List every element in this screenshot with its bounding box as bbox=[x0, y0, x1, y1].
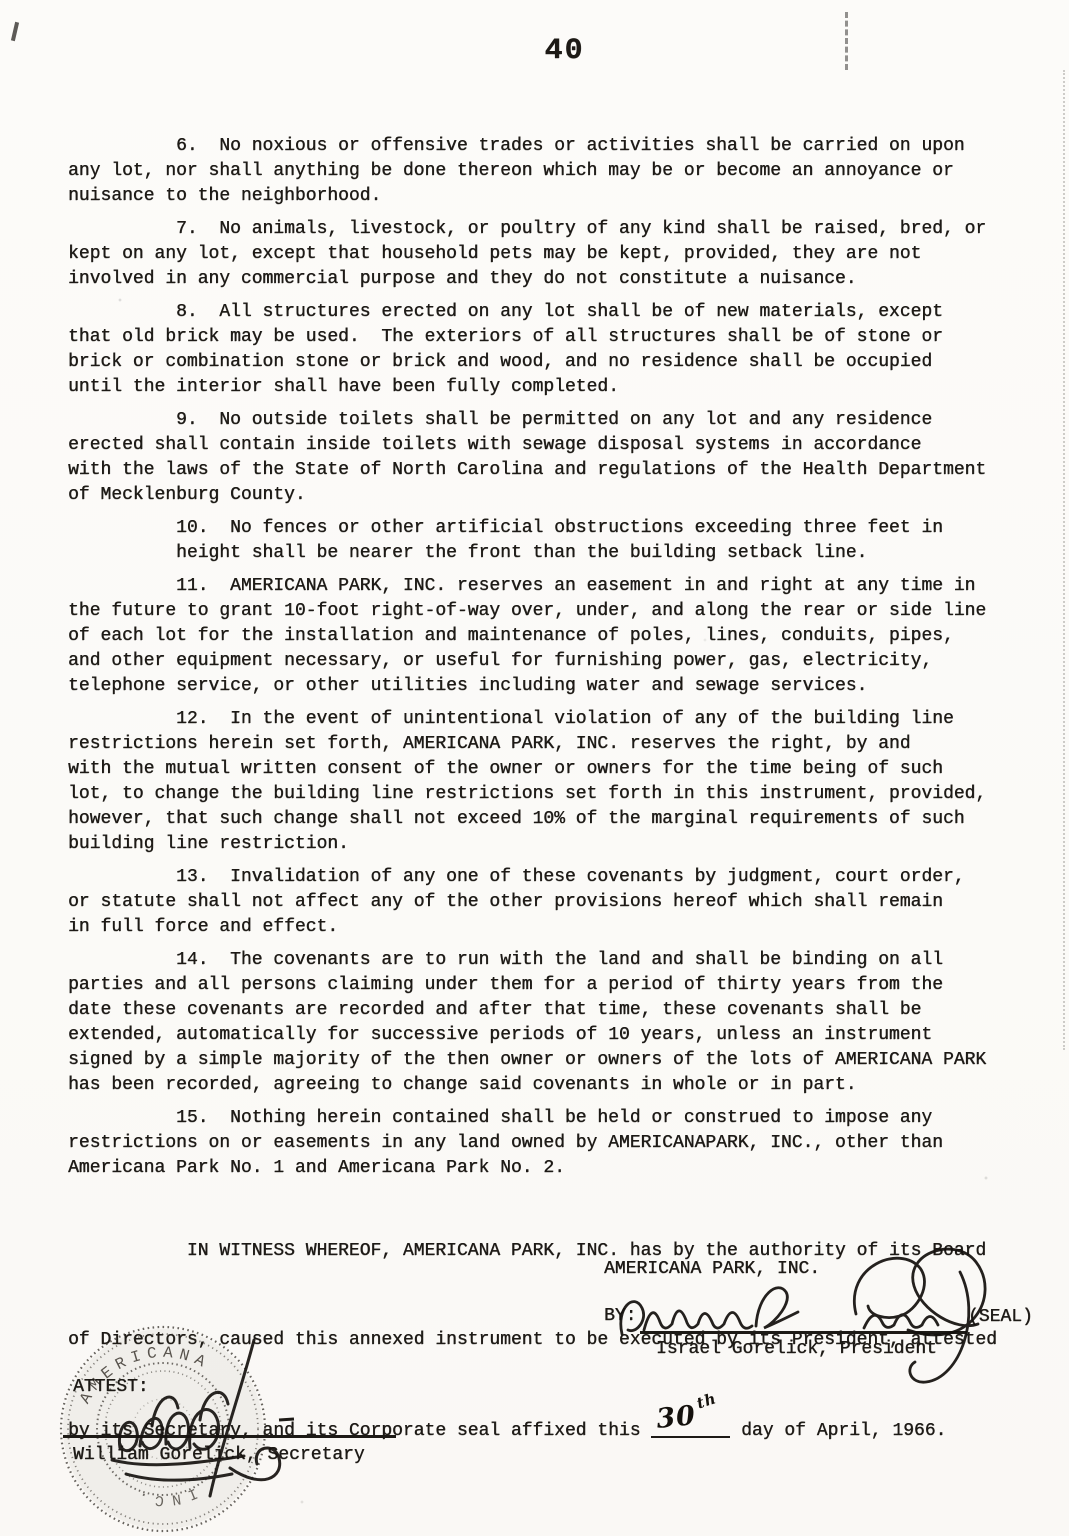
covenant-paragraph: 14. The covenants are to run with the la… bbox=[68, 948, 997, 1098]
president-signature bbox=[608, 1238, 1008, 1388]
page-number: 40 bbox=[0, 34, 1069, 68]
scan-artifact bbox=[1063, 70, 1065, 1050]
covenant-paragraph: 7. No animals, livestock, or poultry of … bbox=[68, 217, 997, 292]
covenant-paragraphs: 6. No noxious or offensive trades or act… bbox=[68, 134, 997, 1181]
handwritten-day-suffix: th bbox=[693, 1386, 720, 1416]
covenant-paragraph: 10. No fences or other artificial obstru… bbox=[68, 516, 997, 566]
covenant-paragraph: 11. AMERICANA PARK, INC. reserves an eas… bbox=[68, 574, 997, 699]
scanned-document-page: 40 6. No noxious or offensive trades or … bbox=[0, 0, 1069, 1536]
covenant-paragraph: 12. In the event of unintentional violat… bbox=[68, 707, 997, 857]
covenant-paragraph: 9. No outside toilets shall be permitted… bbox=[68, 408, 997, 508]
secretary-signature bbox=[82, 1328, 312, 1508]
handwritten-day-number: 30 bbox=[655, 1400, 698, 1435]
covenant-paragraph: 13. Invalidation of any one of these cov… bbox=[68, 865, 997, 940]
covenant-paragraph: 15. Nothing herein contained shall be he… bbox=[68, 1106, 997, 1181]
handwritten-day: 30th bbox=[655, 1395, 717, 1432]
covenant-paragraph: 6. No noxious or offensive trades or act… bbox=[68, 134, 997, 209]
date-blank-underline: 30th bbox=[651, 1422, 730, 1438]
covenant-paragraph: 8. All structures erected on any lot sha… bbox=[68, 300, 997, 400]
witness-line3-after: day of April, 1966. bbox=[730, 1421, 946, 1441]
